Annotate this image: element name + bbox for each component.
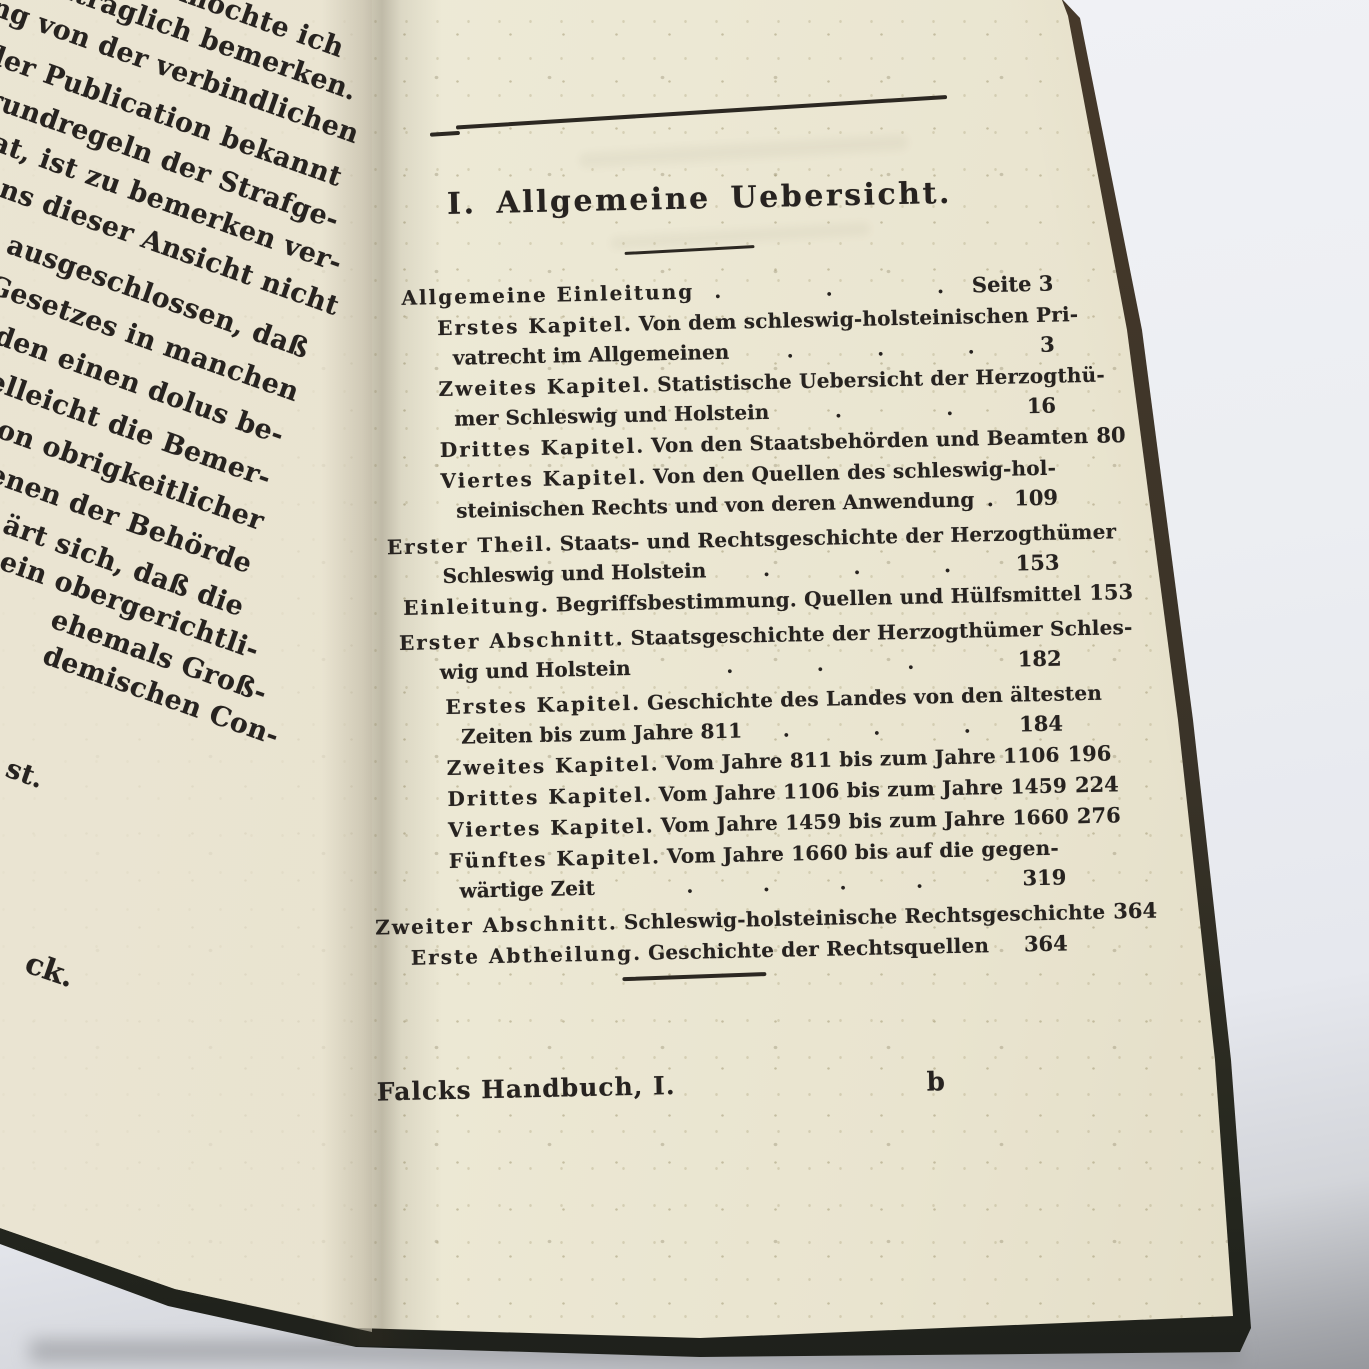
toc-entry-page: 109 xyxy=(1014,483,1058,514)
toc-entry: Fünftes Kapitel.Vom Jahre 1660 bis auf d… xyxy=(448,832,1066,905)
toc-entry-page: 182 xyxy=(1017,644,1061,675)
toc-entry-page: 364 xyxy=(1024,928,1068,959)
toc-entry-title: Allgemeine Einleitung xyxy=(401,276,694,312)
book-photo: r Verordnungen möchte ich iniges nachträ… xyxy=(0,0,1369,1369)
toc-entry-page: 184 xyxy=(1019,709,1063,740)
footer-signature: Falcks Handbuch, I. xyxy=(377,1071,676,1107)
toc-entry-title: Drittes Kapitel. xyxy=(447,779,653,813)
right-page: I. Allgemeine Uebersicht. Allgemeine Ein… xyxy=(345,0,1095,1369)
toc-entry-text: Geschichte der Rechtsquellen xyxy=(642,930,990,968)
toc-entry-title: Zweites Kapitel. xyxy=(438,369,651,404)
left-page-text: r Verordnungen möchte ich iniges nachträ… xyxy=(0,28,360,802)
toc-entry-page: 153 xyxy=(1015,548,1059,579)
toc-entry-title: Viertes Kapitel. xyxy=(448,810,655,845)
dot-leader: . xyxy=(974,484,1007,515)
toc-entry-page: 153 xyxy=(1089,577,1133,608)
toc-entry-title: Erster Theil. xyxy=(387,529,554,563)
page-title: I. Allgemeine Uebersicht. xyxy=(389,175,1010,224)
toc-entry-title: Erstes Kapitel. xyxy=(445,688,641,722)
gathering-mark: b xyxy=(926,1067,945,1097)
left-page-line: st. xyxy=(0,719,50,801)
toc-entry-title: Fünftes Kapitel. xyxy=(448,841,661,876)
toc-entry-text: Zeiten bis zum Jahre 811 xyxy=(461,716,743,752)
toc-entry-page: 364 xyxy=(1113,896,1157,927)
toc-entry-title: Erster Abschnitt. xyxy=(399,623,625,658)
dot-leader: . . . xyxy=(742,710,1012,746)
toc-entry-title: Erstes Kapitel. xyxy=(437,309,633,343)
toc-entry: Erster Abschnitt.Staatsgeschichte der He… xyxy=(399,614,1062,688)
toc-entry-page: 224 xyxy=(1075,769,1119,800)
toc-entry: Viertes Kapitel.Von den Quellen des schl… xyxy=(440,453,1058,526)
toc-entry-text: Schleswig und Holstein xyxy=(442,555,706,591)
toc-entry-page: 80 xyxy=(1096,420,1126,451)
toc-entry-page: 196 xyxy=(1067,738,1111,769)
toc-entry-page: 319 xyxy=(1022,862,1066,893)
toc-entry-title: Erste Abtheilung. xyxy=(411,938,643,973)
dot-leader: . . xyxy=(769,391,1019,426)
toc-entry-text: wärtige Zeit xyxy=(459,873,595,906)
top-rule-dash xyxy=(430,131,460,137)
toc-entry-title: Einleitung. xyxy=(403,590,550,623)
dot-leader: . . . xyxy=(694,271,964,307)
toc-entry-title: Drittes Kapitel. xyxy=(440,431,646,465)
toc-entry-title: Viertes Kapitel. xyxy=(440,462,647,497)
toc-entry-title: Zweites Kapitel. xyxy=(446,748,659,783)
showthrough-ghost xyxy=(578,134,908,169)
dot-leader xyxy=(989,952,1016,953)
toc-entry-text: wig und Holstein xyxy=(439,653,631,687)
toc-entry-page: 3 xyxy=(1040,330,1055,360)
table-of-contents: Allgemeine Einleitung. . .Seite 3 Erstes… xyxy=(359,268,1068,974)
toc-entry-page: 276 xyxy=(1077,800,1121,831)
toc-entry-page: Seite 3 xyxy=(972,269,1054,301)
toc-entry-title: Zweiter Abschnitt. xyxy=(375,907,618,942)
toc-entry-page: 16 xyxy=(1026,391,1056,422)
top-rule xyxy=(456,95,947,129)
toc-entry-text: vatrecht im Allgemeinen xyxy=(453,337,730,373)
section-divider xyxy=(622,972,766,981)
